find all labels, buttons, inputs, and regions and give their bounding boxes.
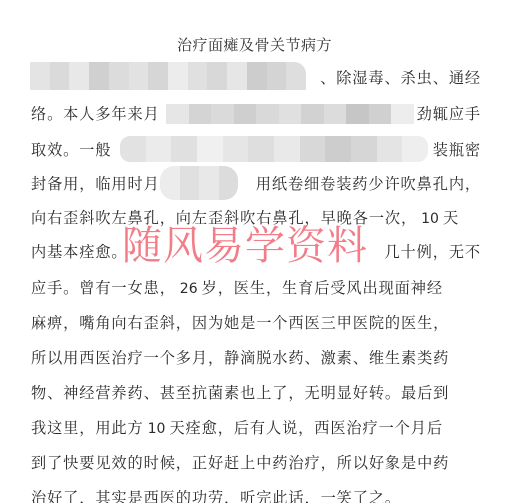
line-text-a: 我这里，用此方 — [31, 419, 144, 437]
paragraph-line-13: 治好了，其实是西医的功劳，听完此话，一笑了之。 — [31, 488, 481, 503]
paragraph-line-11: 我这里，用此方10天痊愈，后有人说，西医治疗一个月后 — [31, 418, 481, 439]
line-text-left: 络。本人多年来月 — [31, 105, 160, 123]
line-number: 10 — [144, 421, 170, 437]
paragraph-line-10: 物、神经营养药、甚至抗菌素也上了，无明显好转。最后到 — [31, 383, 481, 403]
line-text-b: 天 — [443, 209, 459, 227]
redacted-blur-region — [160, 166, 238, 200]
line-text-left: 封备用，临用时月 — [31, 175, 160, 193]
paragraph-line-12: 到了快要见效的时候，正好赶上中药治疗，所以好象是中药 — [31, 453, 481, 473]
line-number: 26 — [176, 281, 202, 297]
redacted-blur-region — [166, 104, 414, 124]
line-number: 10 — [417, 211, 443, 227]
paragraph-line-9: 所以用西医治疗一个多月，静滴脱水药、激素、维生素类药 — [31, 348, 481, 368]
redacted-blur-region — [30, 62, 306, 90]
line-text-right: 几十例，无不 — [384, 242, 481, 262]
document-title: 治疗面瘫及骨关节病方 — [0, 34, 509, 55]
paragraph-line-7: 应手。曾有一女患，26岁，医生，生育后受风出现面神经 — [31, 278, 481, 299]
paragraph-line-8: 麻痹，嘴角向右歪斜，因为她是一个西医三甲医院的医生， — [31, 313, 481, 333]
line-text-left: 内基本痊愈。 — [31, 243, 128, 261]
line-text-b: 岁，医生，生育后受风出现面神经 — [202, 279, 443, 297]
redacted-blur-region — [120, 136, 428, 162]
line-text-a: 向右歪斜吹左鼻孔，向左歪斜吹右鼻孔，早晚各一次， — [31, 209, 417, 227]
line-text-a: 应手。曾有一女患， — [31, 279, 176, 297]
paragraph-line-5: 向右歪斜吹左鼻孔，向左歪斜吹右鼻孔，早晚各一次，10天 — [31, 208, 481, 229]
document-page: 治疗面瘫及骨关节病方 、除湿毒、杀虫、通经 络。本人多年来月 劲辄应手 取效。一… — [0, 0, 509, 503]
line-text-right: 装瓶密 — [433, 140, 481, 160]
line-text-right: 劲辄应手 — [417, 104, 481, 124]
paragraph-line-6: 内基本痊愈。 几十例，无不 — [31, 242, 481, 262]
line-text-left: 取效。一般 — [31, 141, 111, 159]
line-text-right: 用纸卷细卷装药少许吹鼻孔内， — [256, 174, 481, 194]
line-text-b: 天痊愈，后有人说，西医治疗一个月后 — [169, 419, 443, 437]
line-text-right: 、除湿毒、杀虫、通经 — [320, 68, 481, 88]
paragraph-line-4: 封备用，临用时月 用纸卷细卷装药少许吹鼻孔内， — [31, 174, 481, 194]
